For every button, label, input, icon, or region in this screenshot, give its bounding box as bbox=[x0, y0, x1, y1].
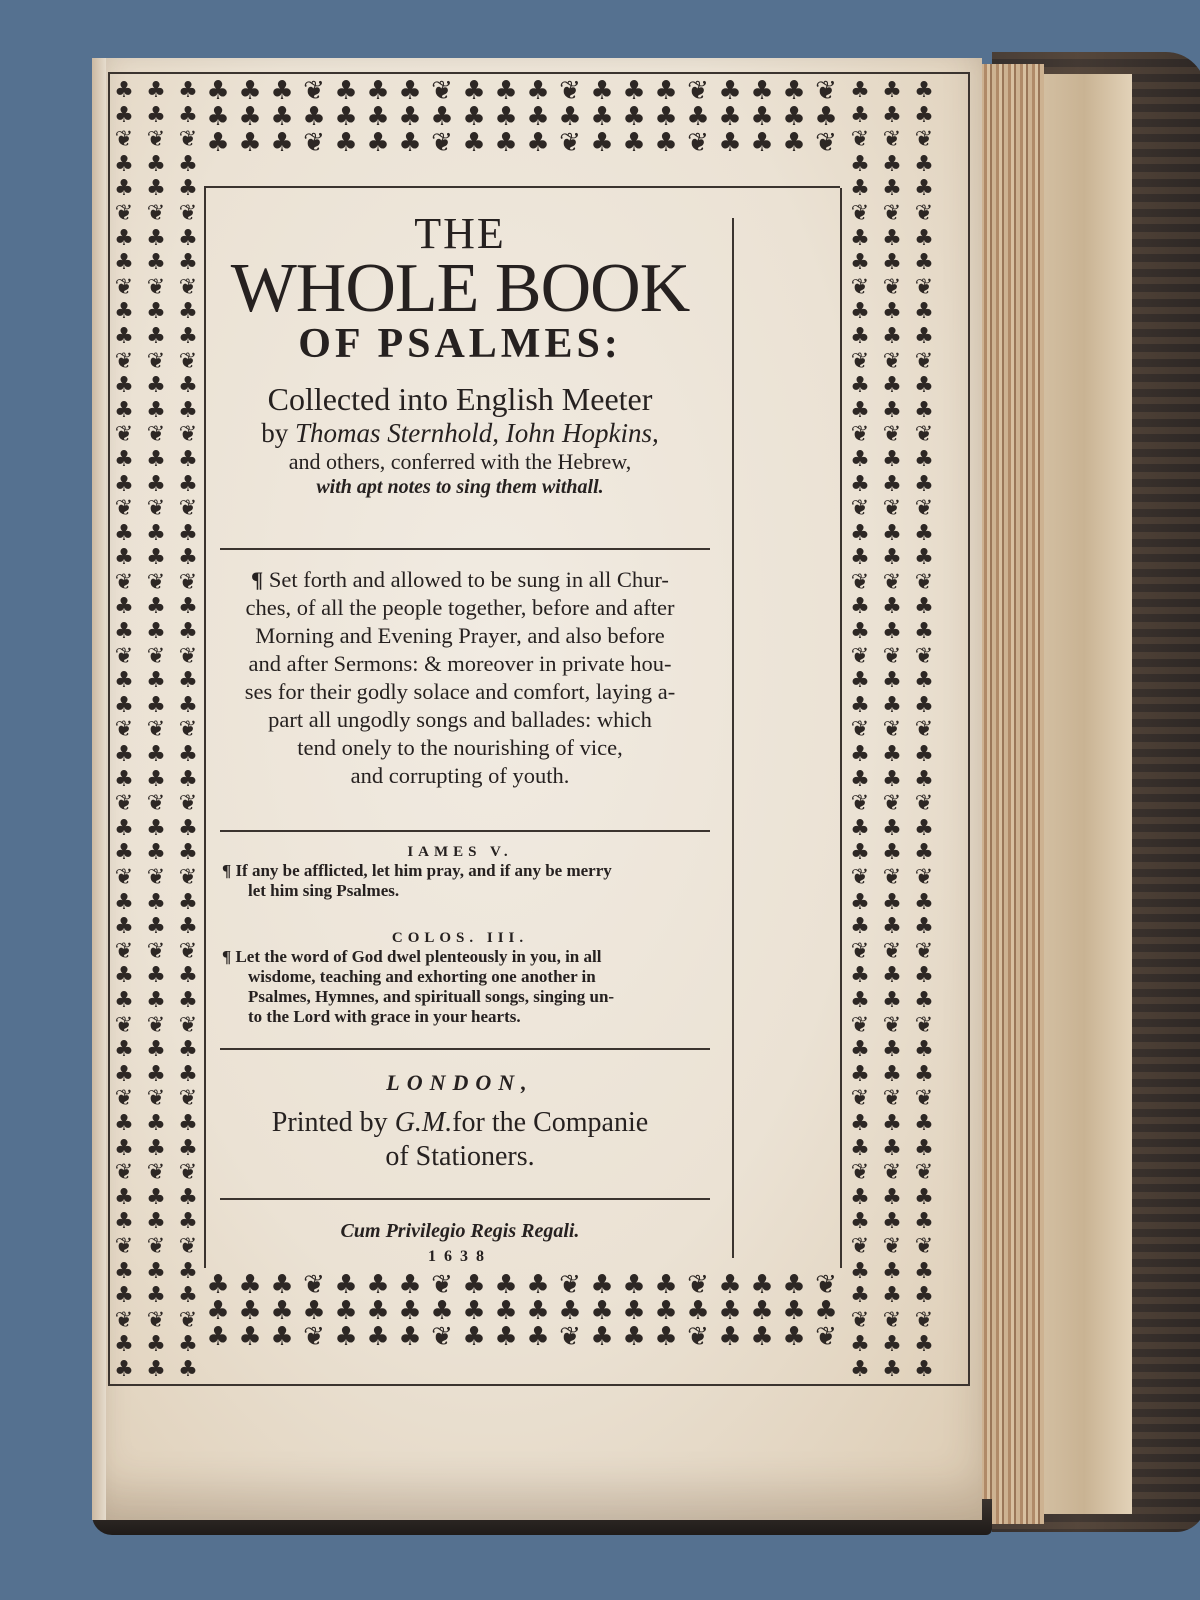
fleuron-icon: ♣ bbox=[330, 1298, 362, 1324]
fleuron-icon: ❦ bbox=[140, 1086, 172, 1111]
fleuron-icon: ❦ bbox=[844, 201, 876, 226]
fleuron-icon: ♣ bbox=[586, 1324, 618, 1350]
fleuron-icon: ♣ bbox=[876, 1357, 908, 1378]
fleuron-row: ♣♣♣ bbox=[844, 373, 940, 398]
fleuron-icon: ♣ bbox=[876, 914, 908, 939]
fleuron-icon: ♣ bbox=[844, 545, 876, 570]
fleuron-row: ♣♣♣❦♣♣♣❦♣♣♣❦♣♣♣❦♣♣♣❦ bbox=[202, 130, 842, 156]
fleuron-row: ♣♣♣ bbox=[844, 1357, 940, 1378]
fleuron-icon: ♣ bbox=[876, 767, 908, 792]
ornamental-border-left: ♣♣♣♣♣♣❦❦❦♣♣♣♣♣♣❦❦❦♣♣♣♣♣♣❦❦❦♣♣♣♣♣♣❦❦❦♣♣♣♣… bbox=[108, 78, 204, 1378]
fleuron-row: ♣♣♣ bbox=[108, 668, 204, 693]
fleuron-icon: ♣ bbox=[234, 1324, 266, 1350]
fleuron-icon: ♣ bbox=[140, 1185, 172, 1210]
fleuron-icon: ❦ bbox=[682, 1272, 714, 1298]
fleuron-row: ❦❦❦ bbox=[844, 127, 940, 152]
fleuron-icon: ♣ bbox=[714, 1298, 746, 1324]
fleuron-row: ♣♣♣ bbox=[844, 693, 940, 718]
fleuron-icon: ♣ bbox=[876, 1209, 908, 1234]
fleuron-icon: ❦ bbox=[844, 1160, 876, 1185]
fleuron-icon: ❦ bbox=[140, 201, 172, 226]
fleuron-icon: ❦ bbox=[172, 644, 204, 669]
fleuron-row: ♣♣♣ bbox=[108, 767, 204, 792]
fleuron-icon: ♣ bbox=[108, 767, 140, 792]
fleuron-icon: ♣ bbox=[650, 130, 682, 156]
paragraph-line: and corrupting of youth. bbox=[210, 762, 710, 790]
fleuron-icon: ♣ bbox=[876, 1283, 908, 1308]
fleuron-icon: ♣ bbox=[172, 1062, 204, 1087]
fleuron-icon: ❦ bbox=[876, 1160, 908, 1185]
fleuron-icon: ♣ bbox=[394, 1298, 426, 1324]
fleuron-icon: ♣ bbox=[618, 1324, 650, 1350]
fleuron-icon: ♣ bbox=[618, 1272, 650, 1298]
fleuron-row: ❦❦❦ bbox=[844, 1013, 940, 1038]
fleuron-icon: ♣ bbox=[746, 1298, 778, 1324]
fleuron-icon: ♣ bbox=[650, 1298, 682, 1324]
fleuron-icon: ♣ bbox=[140, 226, 172, 251]
fleuron-icon: ♣ bbox=[172, 324, 204, 349]
fleuron-icon: ♣ bbox=[844, 840, 876, 865]
fleuron-icon: ♣ bbox=[876, 78, 908, 103]
fleuron-row: ♣♣♣ bbox=[844, 840, 940, 865]
fleuron-row: ❦❦❦ bbox=[108, 275, 204, 300]
citation-verse: ¶ Let the word of God dwel plenteously i… bbox=[210, 947, 710, 1027]
fleuron-icon: ♣ bbox=[172, 152, 204, 177]
fleuron-icon: ♣ bbox=[844, 890, 876, 915]
fleuron-icon: ♣ bbox=[844, 693, 876, 718]
fleuron-row: ♣♣♣ bbox=[108, 1111, 204, 1136]
fleuron-icon: ♣ bbox=[876, 619, 908, 644]
fleuron-icon: ♣ bbox=[172, 668, 204, 693]
fleuron-icon: ❦ bbox=[108, 422, 140, 447]
fleuron-row: ❦❦❦ bbox=[108, 1013, 204, 1038]
fleuron-row: ♣♣♣♣♣♣♣♣♣♣♣♣♣♣♣♣♣♣♣♣ bbox=[202, 104, 842, 130]
fleuron-icon: ♣ bbox=[778, 104, 810, 130]
fleuron-icon: ♣ bbox=[458, 130, 490, 156]
fleuron-icon: ♣ bbox=[618, 78, 650, 104]
fleuron-icon: ♣ bbox=[908, 398, 940, 423]
fleuron-icon: ♣ bbox=[172, 693, 204, 718]
fleuron-icon: ❦ bbox=[108, 865, 140, 890]
fleuron-icon: ♣ bbox=[522, 78, 554, 104]
fleuron-row: ♣♣♣ bbox=[844, 988, 940, 1013]
fleuron-icon: ❦ bbox=[140, 939, 172, 964]
fleuron-icon: ♣ bbox=[876, 1332, 908, 1357]
fleuron-icon: ♣ bbox=[140, 1037, 172, 1062]
fleuron-icon: ♣ bbox=[844, 226, 876, 251]
fleuron-icon: ❦ bbox=[908, 1308, 940, 1333]
fleuron-icon: ❦ bbox=[844, 275, 876, 300]
fleuron-icon: ♣ bbox=[108, 545, 140, 570]
fleuron-icon: ♣ bbox=[172, 103, 204, 128]
fleuron-row: ❦❦❦ bbox=[844, 570, 940, 595]
fleuron-icon: ♣ bbox=[844, 1185, 876, 1210]
fleuron-icon: ♣ bbox=[844, 1332, 876, 1357]
fleuron-icon: ❦ bbox=[844, 865, 876, 890]
fleuron-icon: ❦ bbox=[172, 1234, 204, 1259]
fleuron-icon: ♣ bbox=[140, 447, 172, 472]
fleuron-icon: ❦ bbox=[172, 1308, 204, 1333]
fleuron-icon: ♣ bbox=[714, 104, 746, 130]
fleuron-icon: ❦ bbox=[140, 496, 172, 521]
fleuron-icon: ♣ bbox=[908, 988, 940, 1013]
fleuron-icon: ♣ bbox=[844, 398, 876, 423]
fleuron-icon: ❦ bbox=[140, 275, 172, 300]
fleuron-icon: ♣ bbox=[586, 78, 618, 104]
fleuron-icon: ♣ bbox=[172, 1185, 204, 1210]
fleuron-icon: ♣ bbox=[618, 130, 650, 156]
fleuron-row: ♣♣♣ bbox=[108, 1185, 204, 1210]
fleuron-icon: ♣ bbox=[140, 914, 172, 939]
fleuron-icon: ♣ bbox=[876, 1136, 908, 1161]
fleuron-icon: ♣ bbox=[458, 78, 490, 104]
fleuron-row: ♣♣♣ bbox=[844, 472, 940, 497]
fleuron-icon: ♣ bbox=[362, 104, 394, 130]
fleuron-icon: ❦ bbox=[426, 1324, 458, 1350]
fleuron-icon: ♣ bbox=[876, 988, 908, 1013]
title-line-2: WHOLE BOOK bbox=[210, 250, 710, 327]
fleuron-icon: ♣ bbox=[650, 104, 682, 130]
fleuron-row: ♣♣♣ bbox=[844, 545, 940, 570]
fleuron-icon: ♣ bbox=[108, 521, 140, 546]
fleuron-icon: ❦ bbox=[908, 1086, 940, 1111]
fleuron-icon: ♣ bbox=[908, 914, 940, 939]
printer-suffix: for the Companie bbox=[452, 1107, 648, 1138]
fleuron-icon: ♣ bbox=[172, 472, 204, 497]
fleuron-icon: ♣ bbox=[908, 152, 940, 177]
fleuron-row: ❦❦❦ bbox=[844, 717, 940, 742]
fleuron-icon: ❦ bbox=[554, 1324, 586, 1350]
verse-line: If any be afflicted, let him pray, and i… bbox=[235, 861, 611, 880]
fleuron-row: ♣♣♣ bbox=[108, 398, 204, 423]
imprint-printer: Printed by G.M.for the Companie of Stati… bbox=[210, 1106, 710, 1174]
fleuron-icon: ♣ bbox=[140, 742, 172, 767]
citation-verse: ¶ If any be afflicted, let him pray, and… bbox=[210, 861, 710, 901]
fleuron-row: ♣♣♣ bbox=[108, 816, 204, 841]
paragraph-line: ses for their godly solace and comfort, … bbox=[210, 678, 710, 706]
fleuron-icon: ❦ bbox=[426, 78, 458, 104]
fleuron-row: ❦❦❦ bbox=[844, 201, 940, 226]
fleuron-icon: ❦ bbox=[908, 865, 940, 890]
fleuron-icon: ♣ bbox=[876, 250, 908, 275]
fleuron-row: ♣♣♣ bbox=[108, 324, 204, 349]
fleuron-icon: ❦ bbox=[172, 939, 204, 964]
fleuron-icon: ❦ bbox=[810, 78, 842, 104]
fleuron-icon: ❦ bbox=[172, 1013, 204, 1038]
fleuron-icon: ❦ bbox=[140, 1160, 172, 1185]
fleuron-row: ♣♣♣ bbox=[108, 594, 204, 619]
fleuron-icon: ♣ bbox=[108, 619, 140, 644]
fleuron-icon: ♣ bbox=[172, 398, 204, 423]
fleuron-icon: ♣ bbox=[522, 1272, 554, 1298]
fleuron-icon: ❦ bbox=[172, 570, 204, 595]
fleuron-icon: ❦ bbox=[844, 939, 876, 964]
fleuron-icon: ❦ bbox=[810, 1324, 842, 1350]
fleuron-icon: ♣ bbox=[746, 104, 778, 130]
fleuron-icon: ❦ bbox=[108, 939, 140, 964]
fleuron-row: ❦❦❦ bbox=[108, 791, 204, 816]
fleuron-icon: ♣ bbox=[908, 1185, 940, 1210]
fleuron-icon: ♣ bbox=[172, 1357, 204, 1378]
fleuron-icon: ❦ bbox=[172, 791, 204, 816]
fleuron-icon: ❦ bbox=[810, 1272, 842, 1298]
fleuron-icon: ❦ bbox=[908, 791, 940, 816]
paragraph-line: Morning and Evening Prayer, and also bef… bbox=[210, 622, 710, 650]
fleuron-icon: ♣ bbox=[172, 1259, 204, 1284]
fleuron-icon: ♣ bbox=[876, 1062, 908, 1087]
fleuron-icon: ♣ bbox=[108, 1111, 140, 1136]
fleuron-row: ♣♣♣ bbox=[844, 1185, 940, 1210]
fleuron-icon: ♣ bbox=[908, 963, 940, 988]
printer-line-2: of Stationers. bbox=[210, 1140, 710, 1174]
fleuron-icon: ♣ bbox=[844, 78, 876, 103]
fleuron-icon: ❦ bbox=[908, 127, 940, 152]
fleuron-icon: ♣ bbox=[876, 963, 908, 988]
fleuron-icon: ♣ bbox=[172, 890, 204, 915]
fleuron-icon: ♣ bbox=[172, 250, 204, 275]
fleuron-icon: ♣ bbox=[490, 1272, 522, 1298]
fleuron-row: ❦❦❦ bbox=[844, 422, 940, 447]
fleuron-row: ❦❦❦ bbox=[844, 939, 940, 964]
fleuron-icon: ♣ bbox=[876, 545, 908, 570]
fleuron-icon: ♣ bbox=[140, 767, 172, 792]
fleuron-row: ♣♣♣ bbox=[844, 668, 940, 693]
fleuron-icon: ♣ bbox=[108, 373, 140, 398]
fleuron-icon: ❦ bbox=[554, 1272, 586, 1298]
fleuron-icon: ❦ bbox=[908, 1013, 940, 1038]
fleuron-icon: ♣ bbox=[908, 1062, 940, 1087]
paragraph-line: tend onely to the nourishing of vice, bbox=[210, 734, 710, 762]
fleuron-row: ❦❦❦ bbox=[108, 570, 204, 595]
fleuron-icon: ♣ bbox=[714, 130, 746, 156]
fleuron-icon: ♣ bbox=[172, 545, 204, 570]
fleuron-icon: ♣ bbox=[266, 1272, 298, 1298]
fleuron-icon: ♣ bbox=[202, 104, 234, 130]
fleuron-icon: ❦ bbox=[682, 1324, 714, 1350]
fleuron-icon: ♣ bbox=[140, 103, 172, 128]
fleuron-row: ♣♣♣ bbox=[108, 914, 204, 939]
fleuron-icon: ♣ bbox=[908, 176, 940, 201]
fleuron-icon: ❦ bbox=[140, 570, 172, 595]
fleuron-icon: ❦ bbox=[108, 1013, 140, 1038]
fleuron-icon: ♣ bbox=[844, 963, 876, 988]
fleuron-row: ❦❦❦ bbox=[108, 422, 204, 447]
fleuron-icon: ♣ bbox=[876, 890, 908, 915]
fleuron-icon: ♣ bbox=[172, 619, 204, 644]
fleuron-icon: ❦ bbox=[108, 1308, 140, 1333]
divider-rule bbox=[220, 1048, 710, 1050]
divider-rule bbox=[220, 1198, 710, 1200]
citation-colossians: COLOS. III. ¶ Let the word of God dwel p… bbox=[210, 930, 710, 1027]
inner-frame-rule bbox=[732, 218, 734, 1258]
fleuron-icon: ❦ bbox=[108, 570, 140, 595]
fleuron-icon: ♣ bbox=[778, 1298, 810, 1324]
fleuron-icon: ♣ bbox=[844, 1062, 876, 1087]
fleuron-icon: ❦ bbox=[298, 78, 330, 104]
fleuron-icon: ♣ bbox=[362, 1272, 394, 1298]
fleuron-icon: ♣ bbox=[844, 521, 876, 546]
fleuron-icon: ♣ bbox=[172, 988, 204, 1013]
fleuron-icon: ♣ bbox=[778, 130, 810, 156]
fleuron-icon: ♣ bbox=[522, 1298, 554, 1324]
fleuron-icon: ♣ bbox=[876, 176, 908, 201]
fleuron-icon: ♣ bbox=[140, 963, 172, 988]
fleuron-row: ♣♣♣ bbox=[844, 816, 940, 841]
fleuron-row: ❦❦❦ bbox=[108, 939, 204, 964]
fleuron-icon: ❦ bbox=[908, 1234, 940, 1259]
fleuron-icon: ♣ bbox=[876, 447, 908, 472]
fleuron-icon: ❦ bbox=[140, 349, 172, 374]
fleuron-icon: ❦ bbox=[108, 127, 140, 152]
fleuron-icon: ♣ bbox=[108, 324, 140, 349]
fleuron-icon: ❦ bbox=[140, 422, 172, 447]
fleuron-icon: ❦ bbox=[140, 127, 172, 152]
fleuron-icon: ❦ bbox=[844, 349, 876, 374]
fleuron-icon: ♣ bbox=[266, 130, 298, 156]
fleuron-row: ♣♣♣ bbox=[108, 447, 204, 472]
fleuron-icon: ♣ bbox=[876, 594, 908, 619]
fleuron-row: ♣♣♣❦♣♣♣❦♣♣♣❦♣♣♣❦♣♣♣❦ bbox=[202, 78, 842, 104]
fleuron-icon: ♣ bbox=[908, 1111, 940, 1136]
fleuron-icon: ♣ bbox=[202, 78, 234, 104]
fleuron-icon: ♣ bbox=[778, 1272, 810, 1298]
fleuron-icon: ❦ bbox=[172, 127, 204, 152]
fleuron-icon: ❦ bbox=[172, 201, 204, 226]
fleuron-icon: ♣ bbox=[108, 816, 140, 841]
fleuron-icon: ♣ bbox=[108, 447, 140, 472]
fleuron-icon: ♣ bbox=[172, 816, 204, 841]
printer-line-1: Printed by G.M.for the Companie bbox=[210, 1106, 710, 1140]
fleuron-row: ❦❦❦ bbox=[844, 865, 940, 890]
fleuron-icon: ♣ bbox=[586, 130, 618, 156]
fleuron-icon: ❦ bbox=[140, 865, 172, 890]
fleuron-icon: ♣ bbox=[908, 299, 940, 324]
fleuron-icon: ♣ bbox=[108, 103, 140, 128]
fleuron-row: ❦❦❦ bbox=[844, 1234, 940, 1259]
fleuron-row: ♣♣♣ bbox=[844, 742, 940, 767]
fleuron-icon: ♣ bbox=[362, 1324, 394, 1350]
fleuron-icon: ♣ bbox=[876, 742, 908, 767]
ornamental-border-bottom: ♣♣♣❦♣♣♣❦♣♣♣❦♣♣♣❦♣♣♣❦ ♣♣♣♣♣♣♣♣♣♣♣♣♣♣♣♣♣♣♣… bbox=[202, 1272, 842, 1372]
fleuron-icon: ♣ bbox=[876, 521, 908, 546]
fleuron-icon: ♣ bbox=[108, 1283, 140, 1308]
fleuron-icon: ♣ bbox=[490, 1298, 522, 1324]
subtitle-line-4: with apt notes to sing them withall. bbox=[210, 475, 710, 499]
fleuron-icon: ♣ bbox=[650, 1324, 682, 1350]
fleuron-row: ♣♣♣ bbox=[844, 594, 940, 619]
verse-line: Psalmes, Hymnes, and spirituall songs, s… bbox=[222, 987, 710, 1007]
fleuron-icon: ♣ bbox=[172, 963, 204, 988]
fleuron-icon: ♣ bbox=[876, 324, 908, 349]
fleuron-icon: ♣ bbox=[330, 78, 362, 104]
ornamental-border-right: ♣♣♣♣♣♣❦❦❦♣♣♣♣♣♣❦❦❦♣♣♣♣♣♣❦❦❦♣♣♣♣♣♣❦❦❦♣♣♣♣… bbox=[844, 78, 940, 1378]
fleuron-icon: ♣ bbox=[108, 693, 140, 718]
fleuron-icon: ♣ bbox=[876, 816, 908, 841]
fleuron-icon: ♣ bbox=[810, 104, 842, 130]
fleuron-icon: ♣ bbox=[618, 104, 650, 130]
fleuron-icon: ♣ bbox=[140, 545, 172, 570]
verse-line: wisdome, teaching and exhorting one anot… bbox=[222, 967, 710, 987]
fleuron-icon: ♣ bbox=[844, 619, 876, 644]
fleuron-icon: ❦ bbox=[876, 1234, 908, 1259]
fleuron-icon: ♣ bbox=[908, 78, 940, 103]
fleuron-row: ❦❦❦ bbox=[108, 1234, 204, 1259]
fleuron-icon: ♣ bbox=[426, 104, 458, 130]
fleuron-icon: ♣ bbox=[330, 1324, 362, 1350]
fleuron-icon: ♣ bbox=[908, 1209, 940, 1234]
fleuron-icon: ♣ bbox=[140, 299, 172, 324]
fleuron-row: ❦❦❦ bbox=[844, 496, 940, 521]
fleuron-row: ♣♣♣ bbox=[108, 1259, 204, 1284]
fleuron-icon: ♣ bbox=[778, 1324, 810, 1350]
pilcrow-icon: ¶ bbox=[251, 567, 263, 592]
fleuron-icon: ♣ bbox=[714, 1272, 746, 1298]
printer-initials: G.M. bbox=[395, 1107, 453, 1138]
fleuron-row: ♣♣♣ bbox=[108, 1136, 204, 1161]
fleuron-icon: ♣ bbox=[140, 1111, 172, 1136]
fleuron-icon: ♣ bbox=[108, 914, 140, 939]
fleuron-icon: ♣ bbox=[844, 447, 876, 472]
fleuron-icon: ❦ bbox=[140, 1234, 172, 1259]
fleuron-icon: ❦ bbox=[108, 275, 140, 300]
fleuron-icon: ♣ bbox=[908, 890, 940, 915]
fleuron-icon: ♣ bbox=[458, 1298, 490, 1324]
fleuron-icon: ♣ bbox=[908, 250, 940, 275]
fleuron-icon: ❦ bbox=[426, 1272, 458, 1298]
fleuron-icon: ❦ bbox=[298, 1324, 330, 1350]
fleuron-icon: ❦ bbox=[172, 1160, 204, 1185]
fleuron-icon: ♣ bbox=[908, 103, 940, 128]
fleuron-icon: ♣ bbox=[844, 1357, 876, 1378]
fleuron-icon: ❦ bbox=[844, 1234, 876, 1259]
fleuron-icon: ❦ bbox=[876, 275, 908, 300]
fleuron-icon: ♣ bbox=[908, 373, 940, 398]
fleuron-icon: ❦ bbox=[876, 349, 908, 374]
fleuron-icon: ♣ bbox=[844, 1136, 876, 1161]
fleuron-icon: ❦ bbox=[140, 644, 172, 669]
fleuron-icon: ♣ bbox=[490, 78, 522, 104]
fleuron-icon: ♣ bbox=[714, 1324, 746, 1350]
privilege: Cum Privilegio Regis Regali. 1638 bbox=[210, 1218, 710, 1270]
fleuron-icon: ♣ bbox=[458, 104, 490, 130]
fleuron-icon: ♣ bbox=[844, 373, 876, 398]
fleuron-icon: ♣ bbox=[844, 152, 876, 177]
fleuron-icon: ♣ bbox=[490, 104, 522, 130]
fleuron-row: ♣♣♣ bbox=[844, 767, 940, 792]
fleuron-icon: ♣ bbox=[844, 1209, 876, 1234]
fleuron-row: ♣♣♣ bbox=[844, 176, 940, 201]
fleuron-icon: ❦ bbox=[810, 130, 842, 156]
fleuron-row: ♣♣♣ bbox=[844, 521, 940, 546]
fleuron-row: ♣♣♣ bbox=[108, 1062, 204, 1087]
fleuron-icon: ♣ bbox=[202, 1298, 234, 1324]
fleuron-icon: ♣ bbox=[108, 594, 140, 619]
fleuron-icon: ♣ bbox=[490, 1324, 522, 1350]
fleuron-row: ♣♣♣ bbox=[108, 521, 204, 546]
title-page: ♣♣♣❦♣♣♣❦♣♣♣❦♣♣♣❦♣♣♣❦ ♣♣♣♣♣♣♣♣♣♣♣♣♣♣♣♣♣♣♣… bbox=[92, 58, 982, 1520]
fleuron-row: ♣♣♣ bbox=[844, 1283, 940, 1308]
fleuron-row: ❦❦❦ bbox=[844, 644, 940, 669]
fleuron-icon: ♣ bbox=[172, 742, 204, 767]
fleuron-icon: ❦ bbox=[172, 1086, 204, 1111]
fleuron-icon: ♣ bbox=[108, 1259, 140, 1284]
fleuron-icon: ♣ bbox=[876, 1111, 908, 1136]
fleuron-icon: ♣ bbox=[140, 472, 172, 497]
fleuron-icon: ♣ bbox=[908, 521, 940, 546]
fleuron-row: ♣♣♣ bbox=[844, 1332, 940, 1357]
fleuron-icon: ♣ bbox=[908, 594, 940, 619]
fleuron-icon: ♣ bbox=[618, 1298, 650, 1324]
